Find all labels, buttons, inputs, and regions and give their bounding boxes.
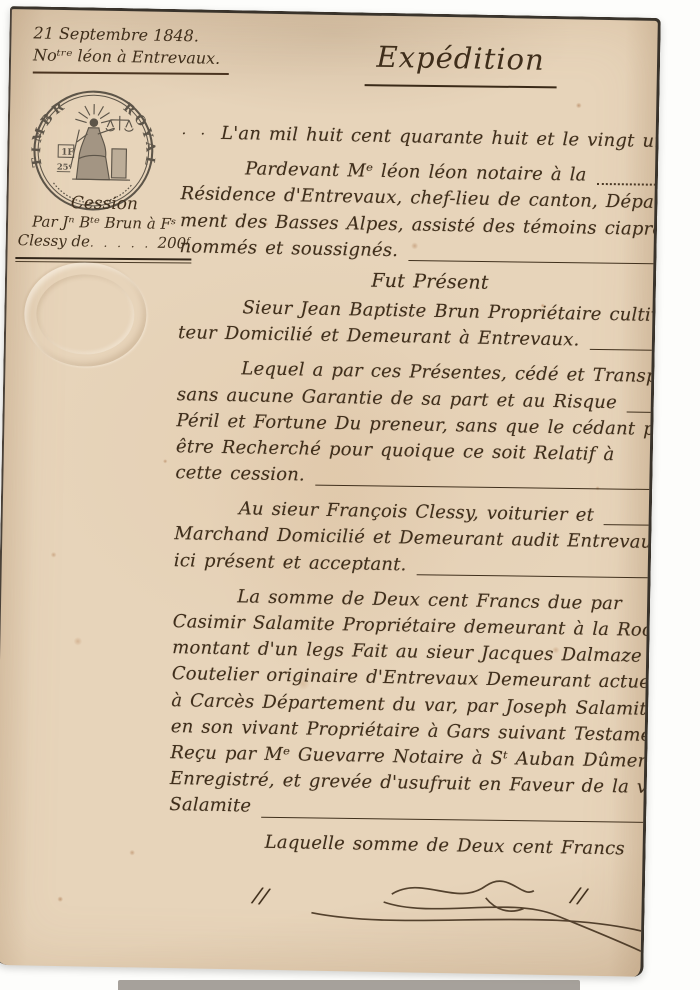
manuscript-line: · · L'an mil huit cent quarante huit et … xyxy=(181,122,660,157)
corner-note-underline xyxy=(33,71,229,75)
line-filler xyxy=(604,525,649,527)
manuscript-body: · · L'an mil huit cent quarante huit et … xyxy=(167,122,661,961)
lead-marks: · · xyxy=(182,126,210,142)
line-filler xyxy=(596,183,655,186)
filler-mark: m xyxy=(657,506,661,527)
margin-note-dots: . . . . . . . xyxy=(90,234,158,254)
stamp-value-cents: 25ᶜ xyxy=(57,162,73,172)
document-page: 21 Septembre 1848. Noᵗʳᵉ léon à Entrevau… xyxy=(0,6,661,977)
adjacent-page-edge xyxy=(118,980,580,990)
closing-rule xyxy=(416,574,661,578)
signature-block: ∕∕ ∕∕ xyxy=(167,860,661,961)
corner-date-note: 21 Septembre 1848. Noᵗʳᵉ léon à Entrevau… xyxy=(33,22,230,76)
page-title: Expédition xyxy=(353,39,569,77)
closing-rule xyxy=(589,349,661,351)
embossed-seal xyxy=(23,261,147,367)
signature-slash-left: ∕∕ xyxy=(252,882,270,908)
title-underline xyxy=(364,84,556,88)
manuscript-line: Laquelle somme de Deux cent Francs m xyxy=(168,830,660,865)
closing-rule xyxy=(408,260,661,265)
margin-double-rule xyxy=(15,257,191,263)
signature-flourish-icon xyxy=(271,864,653,961)
line-filler xyxy=(627,411,661,413)
corner-note-notary: Noᵗʳᵉ léon à Entrevaux. xyxy=(33,44,229,70)
stamp-value-franc: 1F xyxy=(61,148,74,158)
closing-rule xyxy=(261,816,661,822)
scan-background: 21 Septembre 1848. Noᵗʳᵉ léon à Entrevau… xyxy=(0,0,700,990)
closing-rule xyxy=(315,485,661,491)
margin-summary-note: Cession Par Jⁿ Bᵗᵉ Brun à Fˢ Clessy de .… xyxy=(15,193,192,264)
title-block: Expédition xyxy=(353,39,569,89)
margin-note-payee: Clessy de xyxy=(18,231,91,251)
